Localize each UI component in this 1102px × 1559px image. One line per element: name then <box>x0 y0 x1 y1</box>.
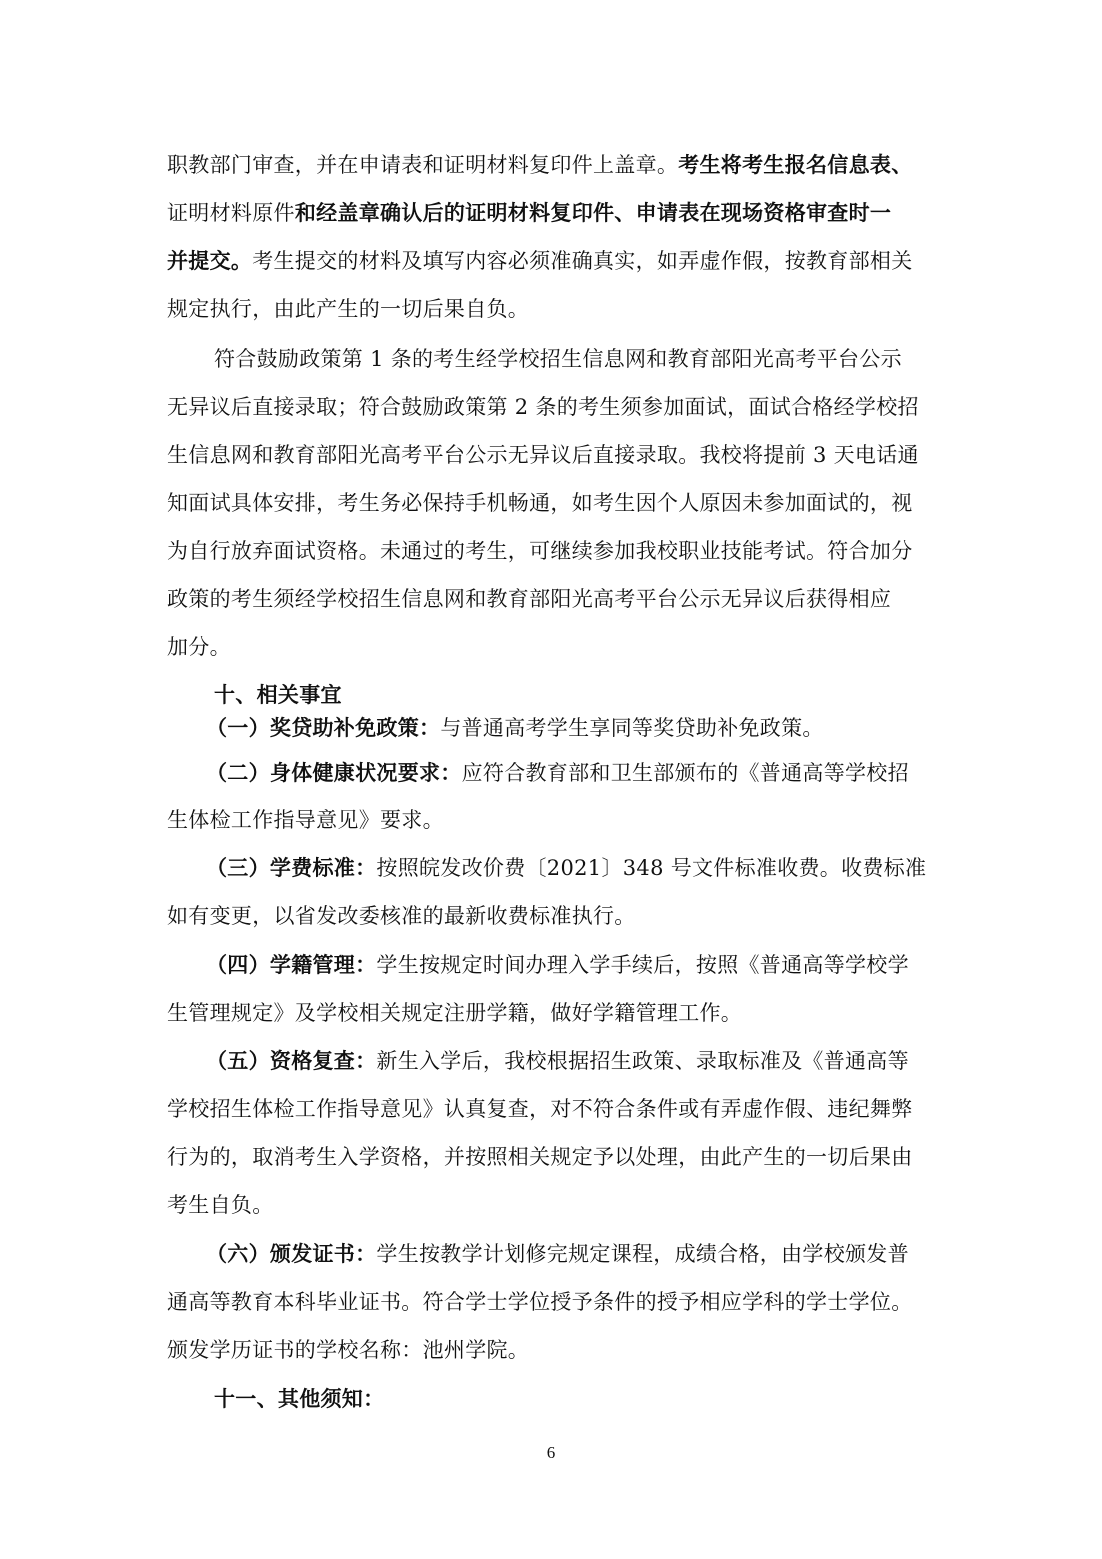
paragraph-line: 证明材料原件和经盖章确认后的证明材料复印件、申请表在现场资格审查时一 <box>167 198 937 228</box>
section-heading: 十、相关事宜 <box>214 680 984 710</box>
text: 学生按教学计划修完规定课程，成绩合格，由学校颁发普 <box>376 1242 909 1266</box>
item-label: （六）颁发证书： <box>206 1242 376 1266</box>
paragraph-line: 无异议后直接录取；符合鼓励政策第 2 条的考生须参加面试，面试合格经学校招 <box>167 392 937 422</box>
item-line: 学校招生体检工作指导意见》认真复查，对不符合条件或有弄虚作假、违纪舞弊 <box>167 1094 937 1124</box>
text: 证明材料原件 <box>167 201 295 225</box>
item-line: 考生自负。 <box>167 1190 937 1220</box>
text: 职教部门审查，并在申请表和证明材料复印件上盖章。 <box>167 153 678 177</box>
paragraph-line: 生信息网和教育部阳光高考平台公示无异议后直接录取。我校将提前 3 天电话通 <box>167 440 937 470</box>
page-number: 6 <box>0 1443 1102 1463</box>
paragraph-line: 知面试具体安排，考生务必保持手机畅通，如考生因个人原因未参加面试的，视 <box>167 488 937 518</box>
item-label: （一）奖贷助补免政策： <box>206 716 440 740</box>
item-line: 生管理规定》及学校相关规定注册学籍，做好学籍管理工作。 <box>167 998 937 1028</box>
document-page: 职教部门审查，并在申请表和证明材料复印件上盖章。考生将考生报名信息表、 证明材料… <box>0 0 1102 1559</box>
paragraph-line: 加分。 <box>167 632 937 662</box>
text: 新生入学后，我校根据招生政策、录取标准及《普通高等 <box>376 1049 909 1073</box>
bold-text: 考生将考生报名信息表、 <box>678 153 912 177</box>
item-label: （三）学费标准： <box>206 856 376 880</box>
item-line: （二）身体健康状况要求：应符合教育部和卫生部颁布的《普通高等学校招 <box>206 758 976 788</box>
item-line: （四）学籍管理：学生按规定时间办理入学手续后，按照《普通高等学校学 <box>206 950 976 980</box>
item-label: （四）学籍管理： <box>206 953 376 977</box>
item-line: 如有变更，以省发改委核准的最新收费标准执行。 <box>167 901 937 931</box>
item-line: 行为的，取消考生入学资格，并按照相关规定予以处理，由此产生的一切后果由 <box>167 1142 937 1172</box>
paragraph-line: 职教部门审查，并在申请表和证明材料复印件上盖章。考生将考生报名信息表、 <box>167 150 937 180</box>
item-line: （六）颁发证书：学生按教学计划修完规定课程，成绩合格，由学校颁发普 <box>206 1239 976 1269</box>
bold-text: 和经盖章确认后的证明材料复印件、申请表在现场资格审查时一 <box>295 201 891 225</box>
item-line: 生体检工作指导意见》要求。 <box>167 805 937 835</box>
text: 学生按规定时间办理入学手续后，按照《普通高等学校学 <box>376 953 909 977</box>
item-label: （五）资格复查： <box>206 1049 376 1073</box>
item-line: 颁发学历证书的学校名称：池州学院。 <box>167 1335 937 1365</box>
item-line: （五）资格复查：新生入学后，我校根据招生政策、录取标准及《普通高等 <box>206 1046 976 1076</box>
paragraph-line: 符合鼓励政策第 1 条的考生经学校招生信息网和教育部阳光高考平台公示 <box>214 344 984 374</box>
text: 按照皖发改价费〔2021〕348 号文件标准收费。收费标准 <box>376 856 926 880</box>
section-heading: 十一、其他须知： <box>214 1384 984 1414</box>
text: 应符合教育部和卫生部颁布的《普通高等学校招 <box>462 761 909 785</box>
item-line: （三）学费标准：按照皖发改价费〔2021〕348 号文件标准收费。收费标准 <box>206 853 976 883</box>
paragraph-line: 政策的考生须经学校招生信息网和教育部阳光高考平台公示无异议后获得相应 <box>167 584 937 614</box>
item-label: （二）身体健康状况要求： <box>206 761 462 785</box>
paragraph-line: 并提交。考生提交的材料及填写内容必须准确真实，如弄虚作假，按教育部相关 <box>167 246 937 276</box>
text: 与普通高考学生享同等奖贷助补免政策。 <box>440 716 823 740</box>
text: 考生提交的材料及填写内容必须准确真实，如弄虚作假，按教育部相关 <box>252 249 912 273</box>
paragraph-line: 规定执行，由此产生的一切后果自负。 <box>167 294 937 324</box>
paragraph-line: 为自行放弃面试资格。未通过的考生，可继续参加我校职业技能考试。符合加分 <box>167 536 937 566</box>
item-line: 通高等教育本科毕业证书。符合学士学位授予条件的授予相应学科的学士学位。 <box>167 1287 937 1317</box>
bold-text: 并提交。 <box>167 249 252 273</box>
item-line: （一）奖贷助补免政策：与普通高考学生享同等奖贷助补免政策。 <box>206 713 976 743</box>
